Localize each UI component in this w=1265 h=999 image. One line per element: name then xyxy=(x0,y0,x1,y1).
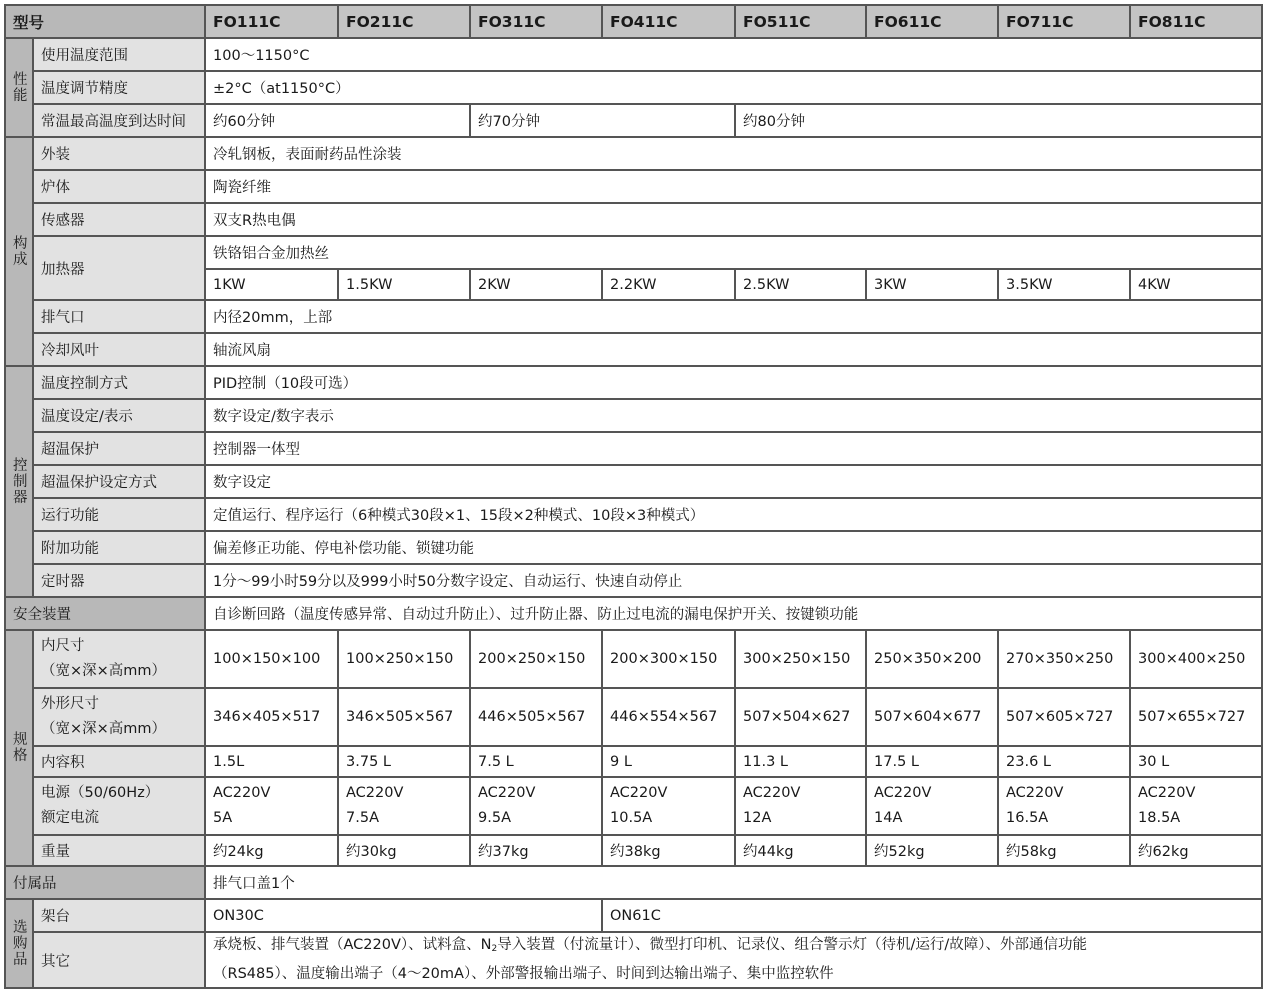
table-row: 构成 外装 冷轧钢板，表面耐药品性涂装 xyxy=(5,137,1262,170)
group-construction: 构成 xyxy=(5,137,33,366)
row-value: PID控制（10段可选） xyxy=(205,366,1262,399)
volume: 9 L xyxy=(602,746,735,777)
model-label: 型号 xyxy=(5,5,205,38)
table-row: 加热器 铁铬铝合金加热丝 xyxy=(5,236,1262,269)
weight: 约52kg xyxy=(866,835,998,866)
inner-size: 300×250×150 xyxy=(735,630,866,688)
row-label: 内尺寸（宽×深×高mm） xyxy=(33,630,205,688)
model-header: FO411C xyxy=(602,5,735,38)
heater-power: 2.2KW xyxy=(602,269,735,300)
row-value: 铁铬铝合金加热丝 xyxy=(205,236,1262,269)
row-value: 双支R热电偶 xyxy=(205,203,1262,236)
header-row: 型号 FO111C FO211C FO311C FO411C FO511C FO… xyxy=(5,5,1262,38)
group-specs: 规格 xyxy=(5,630,33,866)
heater-power: 2KW xyxy=(470,269,602,300)
row-label: 重量 xyxy=(33,835,205,866)
row-value: 自诊断回路（温度传感异常、自动过升防止）、过升防止器、防止过电流的漏电保护开关、… xyxy=(205,597,1262,630)
row-value: 定值运行、程序运行（6种模式30段×1、15段×2种模式、10段×3种模式） xyxy=(205,498,1262,531)
row-label: 加热器 xyxy=(33,236,205,300)
row-value: 约60分钟 xyxy=(205,104,470,137)
volume: 11.3 L xyxy=(735,746,866,777)
weight: 约37kg xyxy=(470,835,602,866)
row-value: 排气口盖1个 xyxy=(205,866,1262,899)
inner-size: 250×350×200 xyxy=(866,630,998,688)
power-supply: AC220V12A xyxy=(735,777,866,835)
row-label: 其它 xyxy=(33,932,205,988)
section-label-safety: 安全装置 xyxy=(5,597,205,630)
table-row: 温度设定/表示 数字设定/数字表示 xyxy=(5,399,1262,432)
power-supply: AC220V9.5A xyxy=(470,777,602,835)
heater-power: 2.5KW xyxy=(735,269,866,300)
row-label: 内容积 xyxy=(33,746,205,777)
heater-power: 3.5KW xyxy=(998,269,1130,300)
model-header: FO711C xyxy=(998,5,1130,38)
row-label: 超温保护设定方式 xyxy=(33,465,205,498)
row-label: 运行功能 xyxy=(33,498,205,531)
heater-power: 1KW xyxy=(205,269,338,300)
table-row: 规格 内尺寸（宽×深×高mm） 100×150×100 100×250×150 … xyxy=(5,630,1262,688)
row-value: ±2°C（at1150°C） xyxy=(205,71,1262,104)
row-label: 常温最高温度到达时间 xyxy=(33,104,205,137)
outer-size: 507×504×627 xyxy=(735,688,866,746)
row-value: 承烧板、排气装置（AC220V）、试料盒、N2导入装置（付流量计）、微型打印机、… xyxy=(205,932,1262,988)
table-row: 控制器 温度控制方式 PID控制（10段可选） xyxy=(5,366,1262,399)
table-row: 冷却风叶 轴流风扇 xyxy=(5,333,1262,366)
row-label: 排气口 xyxy=(33,300,205,333)
row-label: 超温保护 xyxy=(33,432,205,465)
table-row: 温度调节精度 ±2°C（at1150°C） xyxy=(5,71,1262,104)
table-row: 运行功能 定值运行、程序运行（6种模式30段×1、15段×2种模式、10段×3种… xyxy=(5,498,1262,531)
table-row: 常温最高温度到达时间 约60分钟 约70分钟 约80分钟 xyxy=(5,104,1262,137)
volume: 17.5 L xyxy=(866,746,998,777)
outer-size: 507×655×727 xyxy=(1130,688,1262,746)
row-label: 温度设定/表示 xyxy=(33,399,205,432)
weight: 约24kg xyxy=(205,835,338,866)
weight: 约62kg xyxy=(1130,835,1262,866)
model-header: FO211C xyxy=(338,5,470,38)
stand-model: ON30C xyxy=(205,899,602,932)
group-controller: 控制器 xyxy=(5,366,33,597)
row-label: 冷却风叶 xyxy=(33,333,205,366)
row-value: 数字设定 xyxy=(205,465,1262,498)
row-label: 定时器 xyxy=(33,564,205,597)
table-row: 传感器 双支R热电偶 xyxy=(5,203,1262,236)
row-value: 内径20mm，上部 xyxy=(205,300,1262,333)
inner-size: 300×400×250 xyxy=(1130,630,1262,688)
model-header: FO611C xyxy=(866,5,998,38)
inner-size: 270×350×250 xyxy=(998,630,1130,688)
model-header: FO811C xyxy=(1130,5,1262,38)
table-row: 选购品 架台 ON30C ON61C xyxy=(5,899,1262,932)
row-value: 约70分钟 xyxy=(470,104,735,137)
table-row: 附加功能 偏差修正功能、停电补偿功能、锁键功能 xyxy=(5,531,1262,564)
row-value: 约80分钟 xyxy=(735,104,1262,137)
table-row: 安全装置 自诊断回路（温度传感异常、自动过升防止）、过升防止器、防止过电流的漏电… xyxy=(5,597,1262,630)
table-row: 排气口 内径20mm，上部 xyxy=(5,300,1262,333)
inner-size: 100×250×150 xyxy=(338,630,470,688)
volume: 7.5 L xyxy=(470,746,602,777)
table-row: 外形尺寸（宽×深×高mm） 346×405×517 346×505×567 44… xyxy=(5,688,1262,746)
weight: 约58kg xyxy=(998,835,1130,866)
heater-power: 4KW xyxy=(1130,269,1262,300)
row-value: 轴流风扇 xyxy=(205,333,1262,366)
table-row: 超温保护设定方式 数字设定 xyxy=(5,465,1262,498)
model-header: FO511C xyxy=(735,5,866,38)
row-label: 传感器 xyxy=(33,203,205,236)
row-value: 控制器一体型 xyxy=(205,432,1262,465)
row-label: 架台 xyxy=(33,899,205,932)
outer-size: 446×505×567 xyxy=(470,688,602,746)
power-supply: AC220V18.5A xyxy=(1130,777,1262,835)
power-supply: AC220V16.5A xyxy=(998,777,1130,835)
row-value: 100～1150°C xyxy=(205,38,1262,71)
table-row: 性能 使用温度范围 100～1150°C xyxy=(5,38,1262,71)
inner-size: 200×250×150 xyxy=(470,630,602,688)
model-header: FO111C xyxy=(205,5,338,38)
group-options: 选购品 xyxy=(5,899,33,988)
weight: 约38kg xyxy=(602,835,735,866)
row-label: 使用温度范围 xyxy=(33,38,205,71)
table-row: 电源（50/60Hz）额定电流 AC220V5A AC220V7.5A AC22… xyxy=(5,777,1262,835)
table-row: 超温保护 控制器一体型 xyxy=(5,432,1262,465)
outer-size: 346×505×567 xyxy=(338,688,470,746)
heater-power: 3KW xyxy=(866,269,998,300)
model-header: FO311C xyxy=(470,5,602,38)
table-row: 重量 约24kg 约30kg 约37kg 约38kg 约44kg 约52kg 约… xyxy=(5,835,1262,866)
volume: 3.75 L xyxy=(338,746,470,777)
power-supply: AC220V14A xyxy=(866,777,998,835)
row-label: 炉体 xyxy=(33,170,205,203)
volume: 30 L xyxy=(1130,746,1262,777)
spec-table: 型号 FO111C FO211C FO311C FO411C FO511C FO… xyxy=(4,4,1263,989)
row-value: 1分～99小时59分以及999小时50分数字设定、自动运行、快速自动停止 xyxy=(205,564,1262,597)
row-value: 陶瓷纤维 xyxy=(205,170,1262,203)
table-row: 付属品 排气口盖1个 xyxy=(5,866,1262,899)
row-value: 冷轧钢板，表面耐药品性涂装 xyxy=(205,137,1262,170)
row-value: 数字设定/数字表示 xyxy=(205,399,1262,432)
table-row: 其它 承烧板、排气装置（AC220V）、试料盒、N2导入装置（付流量计）、微型打… xyxy=(5,932,1262,988)
heater-power: 1.5KW xyxy=(338,269,470,300)
row-label: 外装 xyxy=(33,137,205,170)
outer-size: 346×405×517 xyxy=(205,688,338,746)
table-row: 定时器 1分～99小时59分以及999小时50分数字设定、自动运行、快速自动停止 xyxy=(5,564,1262,597)
outer-size: 507×605×727 xyxy=(998,688,1130,746)
volume: 23.6 L xyxy=(998,746,1130,777)
section-label-accessories: 付属品 xyxy=(5,866,205,899)
table-row: 炉体 陶瓷纤维 xyxy=(5,170,1262,203)
outer-size: 446×554×567 xyxy=(602,688,735,746)
row-label: 外形尺寸（宽×深×高mm） xyxy=(33,688,205,746)
row-value: 偏差修正功能、停电补偿功能、锁键功能 xyxy=(205,531,1262,564)
weight: 约30kg xyxy=(338,835,470,866)
row-label: 温度调节精度 xyxy=(33,71,205,104)
inner-size: 200×300×150 xyxy=(602,630,735,688)
stand-model: ON61C xyxy=(602,899,1262,932)
inner-size: 100×150×100 xyxy=(205,630,338,688)
row-label: 附加功能 xyxy=(33,531,205,564)
volume: 1.5L xyxy=(205,746,338,777)
row-label: 电源（50/60Hz）额定电流 xyxy=(33,777,205,835)
outer-size: 507×604×677 xyxy=(866,688,998,746)
power-supply: AC220V5A xyxy=(205,777,338,835)
power-supply: AC220V10.5A xyxy=(602,777,735,835)
row-label: 温度控制方式 xyxy=(33,366,205,399)
table-row: 内容积 1.5L 3.75 L 7.5 L 9 L 11.3 L 17.5 L … xyxy=(5,746,1262,777)
group-performance: 性能 xyxy=(5,38,33,137)
power-supply: AC220V7.5A xyxy=(338,777,470,835)
weight: 约44kg xyxy=(735,835,866,866)
